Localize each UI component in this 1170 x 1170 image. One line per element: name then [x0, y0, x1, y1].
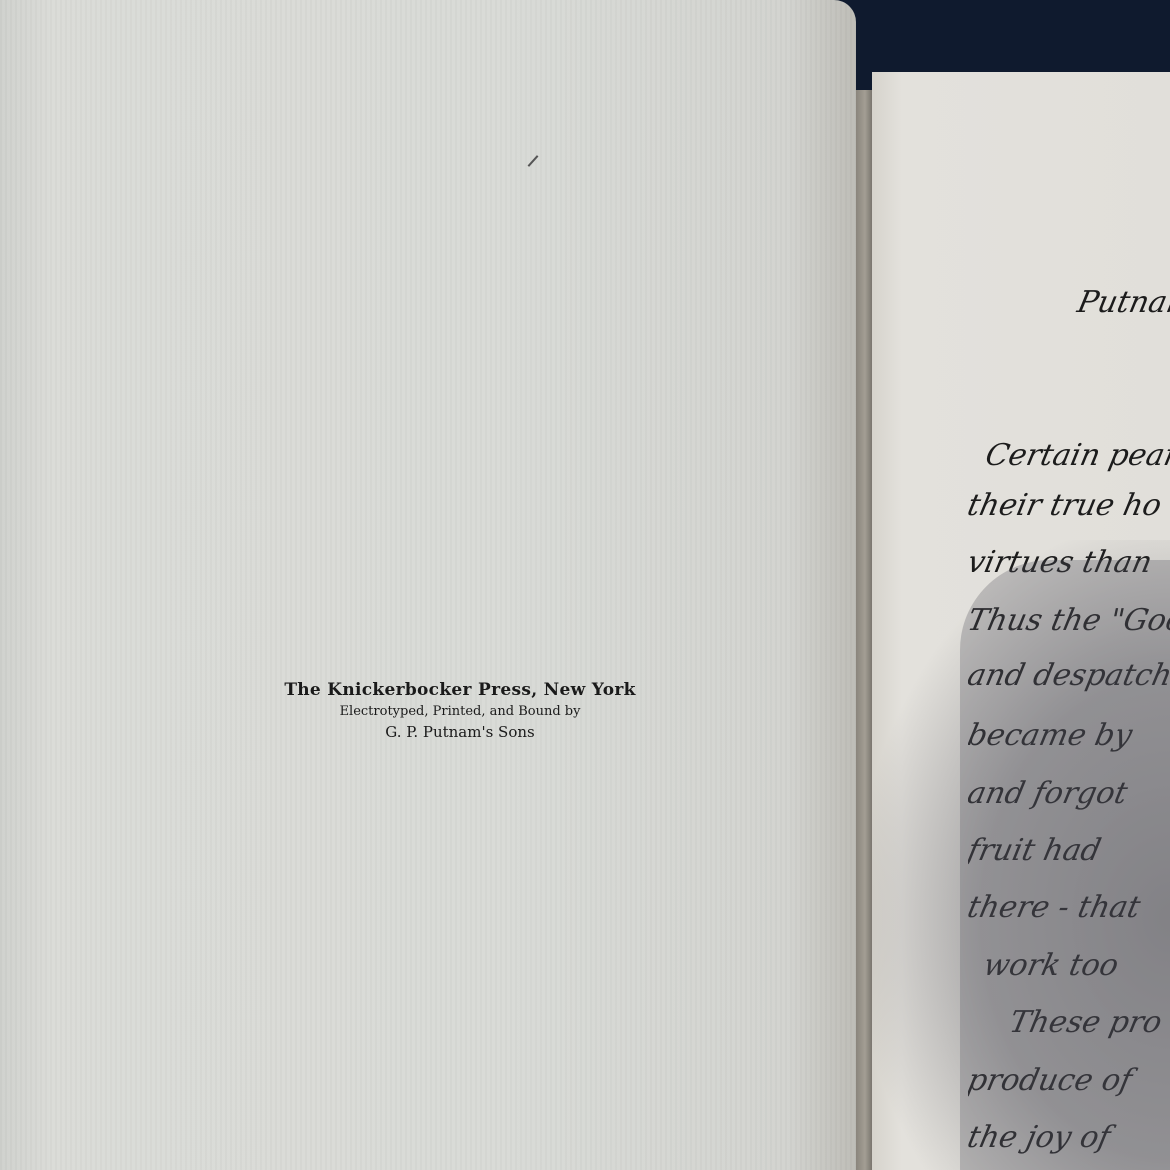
handwriting-line: fruit had — [968, 833, 1104, 868]
handwriting-line: and despatch — [968, 658, 1170, 693]
handwriting-line: produce of — [968, 1063, 1135, 1098]
book-photo: The Knickerbocker Press, New York Electr… — [0, 0, 1170, 1170]
handwritten-letter: PutnamCertain peartheir true hovirtues t… — [968, 0, 1170, 1170]
handwriting-line: Thus the "Goo — [968, 603, 1170, 638]
imprint-press: The Knickerbocker Press, New York — [260, 680, 660, 700]
handwriting-line: work too — [980, 948, 1121, 983]
imprint-line3: G. P. Putnam's Sons — [260, 723, 660, 741]
handwriting-line: the joy of — [968, 1120, 1113, 1155]
handwriting-line: there - that — [968, 890, 1143, 925]
handwriting-line: virtues than — [968, 545, 1155, 580]
handwriting-line: their true ho — [968, 488, 1165, 523]
handwriting-line: became by — [968, 718, 1135, 753]
handwriting-line: These pro — [1006, 1005, 1165, 1040]
pen-mark — [528, 155, 539, 167]
imprint-line2: Electrotyped, Printed, and Bound by — [260, 704, 660, 719]
printer-imprint: The Knickerbocker Press, New York Electr… — [260, 680, 660, 741]
handwriting-line: and forgot — [968, 776, 1131, 811]
handwriting-line: Putnam — [1074, 285, 1170, 320]
handwriting-line: Certain pear — [982, 438, 1170, 473]
left-page: The Knickerbocker Press, New York Electr… — [0, 0, 856, 1170]
